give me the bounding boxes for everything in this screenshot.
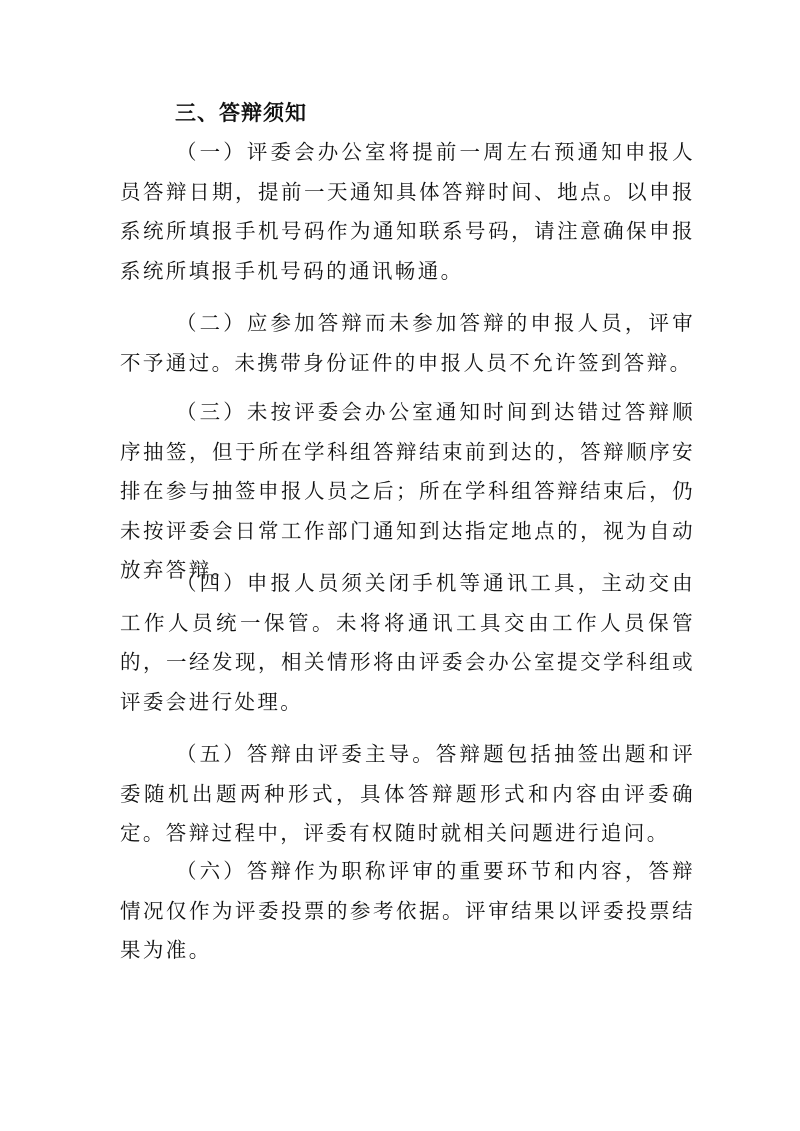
- paragraph-2-attendance: （二）应参加答辩而未参加答辩的申报人员，评审不予通过。未携带身份证件的申报人员不…: [120, 304, 695, 383]
- paragraph-5-questions: （五）答辩由评委主导。答辩题包括抽签出题和评委随机出题两种形式，具体答辩题形式和…: [120, 735, 695, 854]
- paragraph-4-devices: （四）申报人员须关闭手机等通讯工具，主动交由工作人员统一保管。未将将通讯工具交由…: [120, 564, 695, 722]
- paragraph-1-notification: （一）评委会办公室将提前一周左右预通知申报人员答辩日期，提前一天通知具体答辩时间…: [120, 133, 695, 291]
- document-page: 三、答辩须知 （一）评委会办公室将提前一周左右预通知申报人员答辩日期，提前一天通…: [0, 0, 800, 1131]
- paragraph-3-late-arrival: （三）未按评委会办公室通知时间到达错过答辩顺序抽签，但于所在学科组答辩结束前到达…: [120, 393, 695, 591]
- section-heading: 三、答辩须知: [175, 97, 307, 127]
- paragraph-6-result: （六）答辩作为职称评审的重要环节和内容，答辩情况仅作为评委投票的参考依据。评审结…: [120, 852, 695, 971]
